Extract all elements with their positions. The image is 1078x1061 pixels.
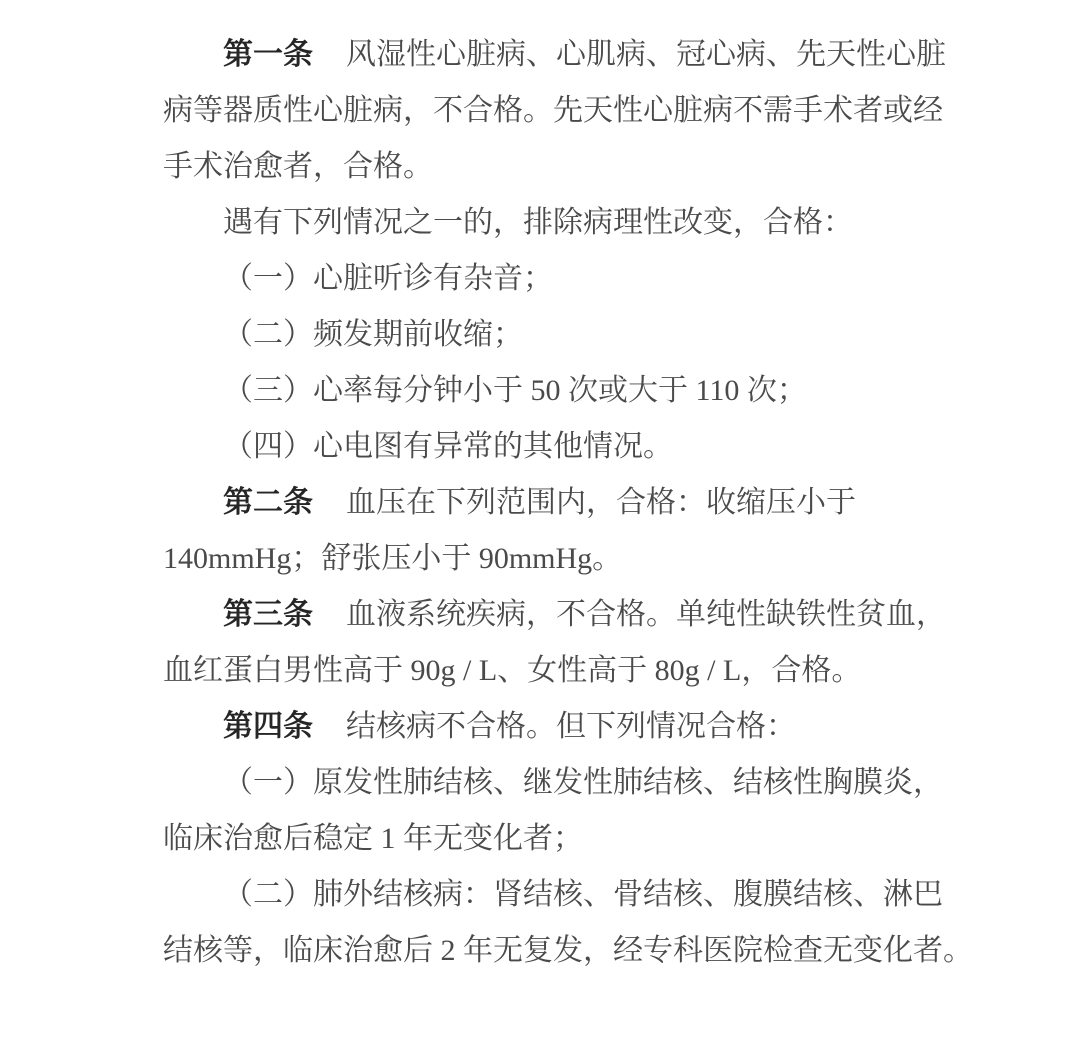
text-line: 遇有下列情况之一的，排除病理性改变，合格： — [163, 195, 923, 251]
document-body: 第一条风湿性心脏病、心肌病、冠心病、先天性心脏病等器质性心脏病，不合格。先天性心… — [163, 27, 923, 979]
text-line: （四）心电图有异常的其他情况。 — [163, 419, 923, 475]
text-line: （三）心率每分钟小于 50 次或大于 110 次； — [163, 363, 923, 419]
article-number-label: 第四条 — [223, 710, 313, 743]
text-line: 第三条血液系统疾病，不合格。单纯性缺铁性贫血， — [163, 587, 923, 643]
text-line: 140mmHg；舒张压小于 90mmHg。 — [163, 531, 923, 587]
document-page: 第一条风湿性心脏病、心肌病、冠心病、先天性心脏病等器质性心脏病，不合格。先天性心… — [163, 27, 923, 979]
text-line: 手术治愈者，合格。 — [163, 139, 923, 195]
article-number-label: 第一条 — [223, 38, 313, 71]
text-line: 第四条结核病不合格。但下列情况合格： — [163, 699, 923, 755]
text-line: 血红蛋白男性高于 90g / L、女性高于 80g / L，合格。 — [163, 643, 923, 699]
article-number-label: 第二条 — [223, 486, 313, 519]
text-line: （二）频发期前收缩； — [163, 307, 923, 363]
text-line: （一）原发性肺结核、继发性肺结核、结核性胸膜炎， — [163, 755, 923, 811]
article-number-label: 第三条 — [223, 598, 313, 631]
text-line: （二）肺外结核病：肾结核、骨结核、腹膜结核、淋巴 — [163, 867, 923, 923]
text-line: 结核等，临床治愈后 2 年无复发，经专科医院检查无变化者。 — [163, 923, 923, 979]
text-line: 临床治愈后稳定 1 年无变化者； — [163, 811, 923, 867]
text-line: 第一条风湿性心脏病、心肌病、冠心病、先天性心脏 — [163, 27, 923, 83]
text-line: 第二条血压在下列范围内，合格：收缩压小于 — [163, 475, 923, 531]
text-line: 病等器质性心脏病，不合格。先天性心脏病不需手术者或经 — [163, 83, 923, 139]
text-line: （一）心脏听诊有杂音； — [163, 251, 923, 307]
